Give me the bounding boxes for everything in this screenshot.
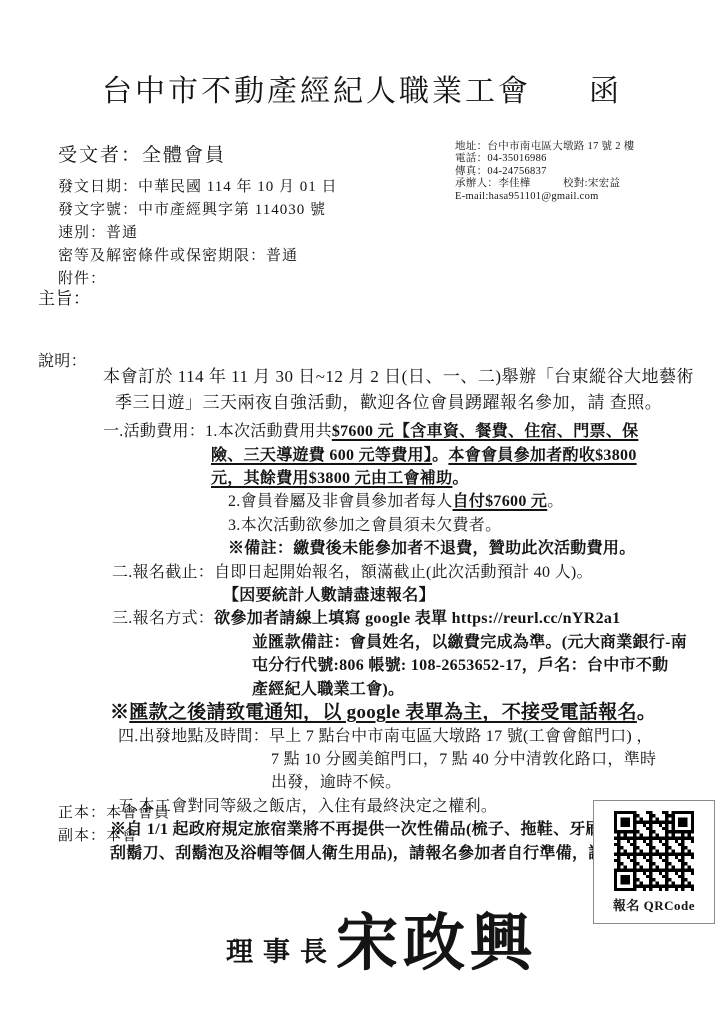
text-line: 一.活動費用：1.本次活動費用共$7600 元【含車資、餐費、住宿、門票、保 [38,420,687,443]
document-page: 台中市不動產經紀人職業工會 函 受文者：全體會員 發文日期：中華民國 114 年… [0,0,724,1024]
meta-block: 發文日期：中華民國 114 年 10 月 01 日 發文字號：中市產經興字第 1… [58,176,337,291]
explanation-block: 說明： 一.活動費用：1.本次活動費用共$7600 元【含車資、餐費、住宿、門票… [38,350,687,865]
qr-code-box: 報名 QRCode [593,800,715,924]
text-segment: 。 [637,702,656,723]
text-segment: 本會會員參加者酌收$3800 [448,447,636,464]
text-segment: 。 [452,470,468,487]
recipient-line: 受文者：全體會員 [58,140,226,167]
text-line: 屯分行代號:806 帳號: 108-2653652-17，戶名：台中市不動 [38,654,687,677]
text-line: 二.報名截止：自即日起開始報名，額滿截止(此次活動預計 40 人)。 [38,561,687,584]
chairman-name: 宋政興 [336,893,537,982]
speed-class: 速別：普通 [58,222,337,245]
text-segment: 出發，逾時不候。 [271,774,401,791]
issue-date: 發文日期：中華民國 114 年 10 月 01 日 [58,176,337,199]
text-segment: 一.活動費用：1.本次活動費用共 [103,423,332,440]
contact-block: 地址：台中市南屯區大墩路 17 號 2 樓 電話：04-35016986 傳真：… [455,141,635,203]
text-line: 2.會員眷屬及非會員參加者每人自付$7600 元。 [38,490,687,513]
copies-block: 正本：本會會員 副本：本會 [58,802,170,847]
text-segment: 。 [432,447,448,464]
text-segment: 四.出發地點及時間：早上 7 點台中市南屯區大墩路 17 號(工會會館門口) ， [118,728,653,745]
text-line: 險、三天導遊費 600 元等費用】。本會會員參加者酌收$3800 [38,444,687,467]
qr-code-image [614,811,694,891]
text-segment: 險、三天導遊費 600 元等費用】 [211,447,432,464]
original-copy-line: 正本：本會會員 [58,802,170,825]
text-segment: 產經紀人職業工會)。 [252,681,404,698]
text-segment: 。 [547,493,563,510]
email-line: E-mail:hasa951101@gmail.com [455,191,635,203]
text-segment: 元，其餘費用$3800 元由工會補助 [211,470,452,487]
text-segment: 【因要統計人數請盡速報名】 [223,587,435,604]
text-line: 7 點 10 分國美館門口，7 點 40 分中清敦化路口，準時 [38,748,687,771]
security-class: 密等及解密條件或保密期限：普通 [58,245,337,268]
text-segment: ※ [110,702,129,723]
text-segment: $7600 元【含車資、餐費、住宿、門票、保 [332,423,639,440]
text-line: ※匯款之後請致電通知，以 google 表單為主，不接受電話報名。 [38,701,687,724]
qr-code-label: 報名 QRCode [613,895,695,914]
text-line: 出發，逾時不候。 [38,771,687,794]
text-line: 四.出發地點及時間：早上 7 點台中市南屯區大墩路 17 號(工會會館門口) ， [38,725,687,748]
text-segment: 2.會員眷屬及非會員參加者每人 [228,493,453,510]
text-segment: 二.報名截止：自即日起開始報名，額滿截止(此次活動預計 40 人)。 [112,564,593,581]
text-segment: 三.報名方式： [112,610,214,627]
text-segment: 刮鬍刀、刮鬍泡及浴帽等個人衛生用品)，請報名參加者自行準備，謝謝※ [110,845,637,862]
duplicate-copy-line: 副本：本會 [58,825,170,848]
explanation-label: 說明： [38,350,87,373]
text-segment: 3.本次活動欲參加之會員須未欠費者。 [228,517,501,534]
text-line: 產經紀人職業工會)。 [38,678,687,701]
text-line: 元，其餘費用$3800 元由工會補助。 [38,467,687,490]
phone-line: 電話：04-35016986 [455,153,635,165]
org-name: 台中市不動產經紀人職業工會 [102,66,531,110]
address-line: 地址：台中市南屯區大墩路 17 號 2 樓 [455,141,635,153]
doc-type: 函 [589,66,622,110]
text-segment: 自付$7600 元 [453,493,548,510]
text-segment: 屯分行代號:806 帳號: 108-2653652-17，戶名：台中市不動 [252,657,668,674]
text-segment: 7 點 10 分國美館門口，7 點 40 分中清敦化路口，準時 [271,751,656,768]
subject-label: 主旨： [38,286,91,312]
handler-line: 承辦人：李佳樺 校對:宋宏益 [455,178,635,190]
text-segment: ※備註：繳費後未能參加者不退費，贊助此次活動費用。 [228,540,636,557]
issue-number: 發文字號：中市產經興字第 114030 號 [58,199,337,222]
text-line: 並匯款備註：會員姓名，以繳費完成為準。(元大商業銀行-南 [38,631,687,654]
text-line: 三.報名方式：欲參加者請線上填寫 google 表單 https://reurl… [38,607,687,630]
text-segment: ※自 1/1 起政府規定旅宿業將不再提供一次性備品(梳子、拖鞋、牙刷、牙膏、 [110,821,667,838]
text-segment: 並匯款備註：會員姓名，以繳費完成為準。(元大商業銀行-南 [252,634,687,651]
fax-line: 傳真：04-24756837 [455,166,635,178]
text-segment: 五.本工會對同等級之飯店，入住有最終決定之權利。 [118,798,497,815]
text-segment: 匯款之後請致電通知，以 google 表單為主，不接受電話報名 [129,702,637,723]
text-line: ※備註：繳費後未能參加者不退費，贊助此次活動費用。 [38,537,687,560]
text-segment: 欲參加者請線上填寫 google 表單 https://reurl.cc/nYR… [214,610,620,627]
text-line: 【因要統計人數請盡速報名】 [38,584,687,607]
document-title: 台中市不動產經紀人職業工會 函 [0,66,724,110]
chairman-title: 理事長 [226,930,337,969]
text-line: 3.本次活動欲參加之會員須未欠費者。 [38,514,687,537]
